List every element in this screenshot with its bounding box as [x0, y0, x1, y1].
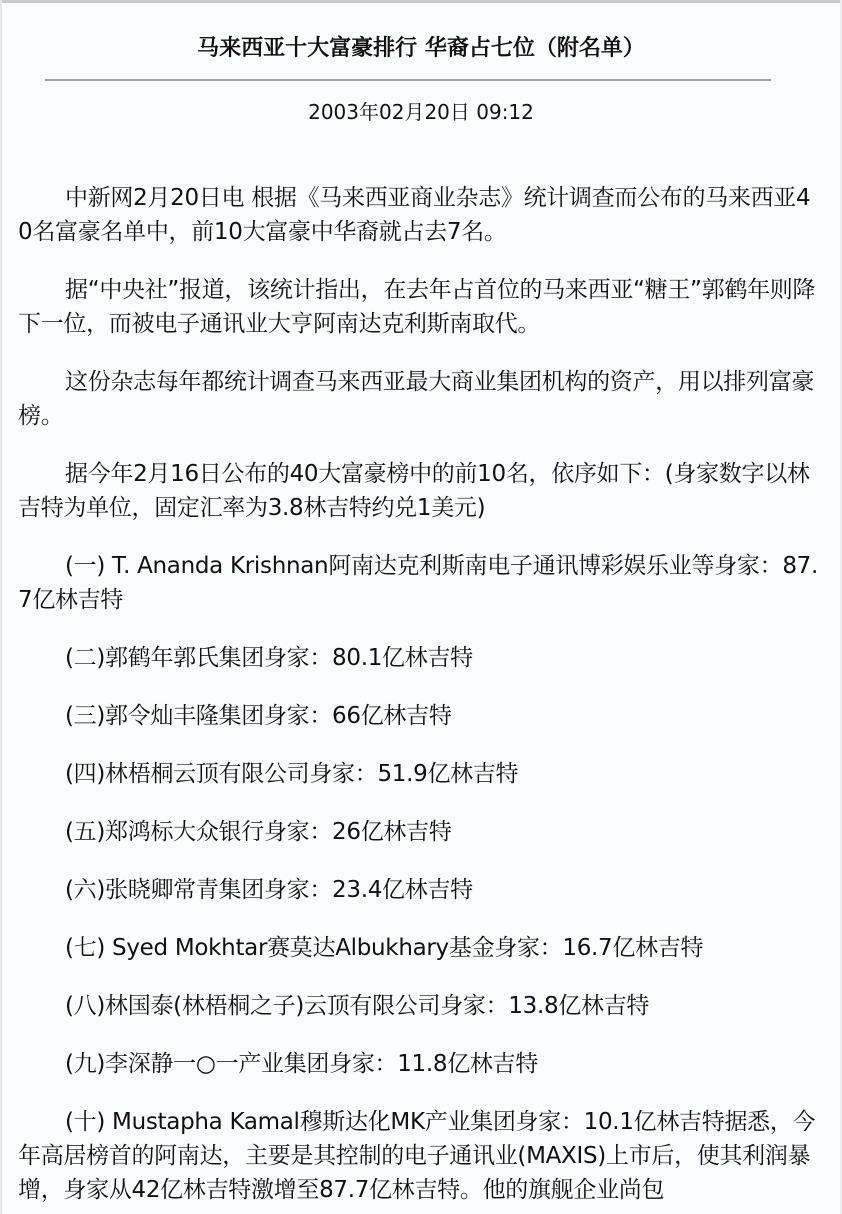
paragraph-magazine: 这份杂志每年都统计调查马来西亚最大商业集团机构的资产，用以排列富豪榜。 — [18, 365, 818, 433]
paragraph-list-intro: 据今年2月16日公布的40大富豪榜中的前10名，依序如下：(身家数字以林吉特为单… — [18, 457, 818, 525]
page-left-border — [0, 0, 2, 1214]
article-date: 2003年02月20日 09:12 — [0, 97, 842, 127]
paragraph-report: 据“中央社”报道，该统计指出，在去年占首位的马来西亚“糖王”郭鹤年则降下一位，而… — [18, 273, 818, 341]
page-top-border — [0, 0, 842, 3]
title-divider — [45, 79, 771, 81]
ranking-item-2: (二)郭鹤年郭氏集团身家：80.1亿林吉特 — [18, 641, 818, 675]
ranking-item-3: (三)郭令灿丰隆集团身家：66亿林吉特 — [18, 699, 818, 733]
paragraph-intro: 中新网2月20日电 根据《马来西亚商业杂志》统计调查而公布的马来西亚40名富豪名… — [18, 181, 818, 249]
ranking-item-4: (四)林梧桐云顶有限公司身家：51.9亿林吉特 — [18, 757, 818, 791]
ranking-item-9: (九)李深静一○一产业集团身家：11.8亿林吉特 — [18, 1047, 818, 1081]
ranking-item-7: (七) Syed Mokhtar赛莫达Albukhary基金身家：16.7亿林吉… — [18, 931, 818, 965]
article-body: 中新网2月20日电 根据《马来西亚商业杂志》统计调查而公布的马来西亚40名富豪名… — [18, 181, 818, 1207]
ranking-item-10: (十) Mustapha Kamal穆斯达化MK产业集团身家：10.1亿林吉特据… — [18, 1105, 818, 1207]
ranking-item-8: (八)林国泰(林梧桐之子)云顶有限公司身家：13.8亿林吉特 — [18, 989, 818, 1023]
ranking-item-6: (六)张晓卿常青集团身家：23.4亿林吉特 — [18, 873, 818, 907]
ranking-item-1: (一) T. Ananda Krishnan阿南达克利斯南电子通讯博彩娱乐业等身… — [18, 549, 818, 617]
ranking-item-5: (五)郑鸿标大众银行身家：26亿林吉特 — [18, 815, 818, 849]
article-title: 马来西亚十大富豪排行 华裔占七位（附名单） — [0, 34, 842, 64]
